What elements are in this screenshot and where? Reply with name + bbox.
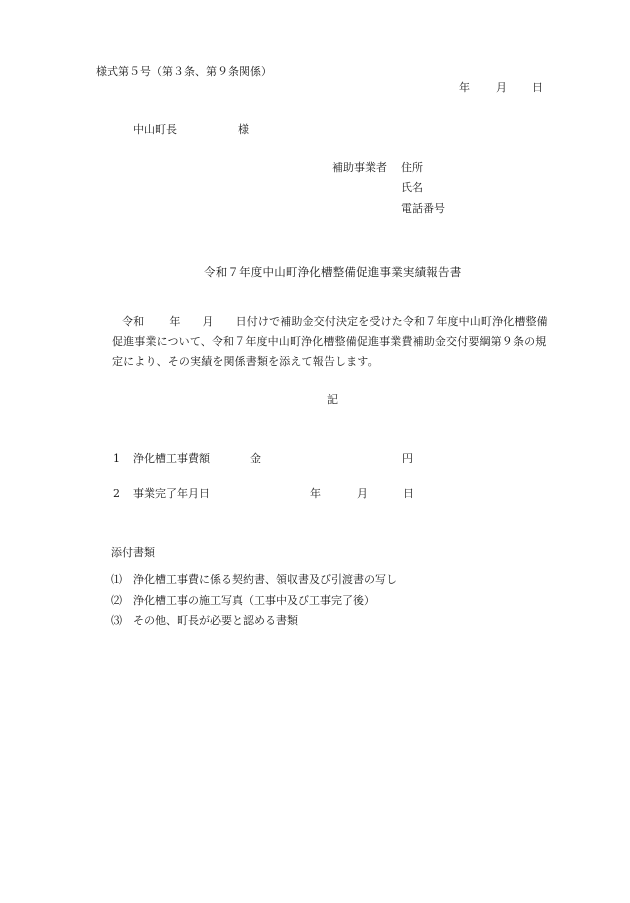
body-line-2: 促進事業について、令和７年度中山町浄化槽整備促進事業費補助金交付要綱第９条の規 xyxy=(112,332,582,352)
amount-prefix: 金 xyxy=(250,452,261,466)
date-day-label: 日 xyxy=(532,81,543,95)
item-label: 浄化槽工事費額 xyxy=(133,452,210,466)
document-title: 令和７年度中山町浄化槽整備促進事業実績報告書 xyxy=(204,265,461,279)
body-era: 令和 xyxy=(122,315,144,328)
item-label: 事業完了年月日 xyxy=(133,487,210,501)
attachment-text: 浄化槽工事費に係る契約書、領収書及び引渡書の写し xyxy=(133,573,397,587)
phone-label: 電話番号 xyxy=(401,202,445,216)
body-year-label: 年 xyxy=(169,315,180,328)
body-paragraph: 令和年月日付けで補助金交付決定を受けた令和７年度中山町浄化槽整備 促進事業につい… xyxy=(112,312,582,372)
date-year-label: 年 xyxy=(459,81,470,95)
body-month-label: 月 xyxy=(202,315,213,328)
attachment-number: ⑵ xyxy=(111,594,122,608)
attachment-text: 浄化槽工事の施工写真（工事中及び工事完了後） xyxy=(133,594,375,608)
form-number: 様式第５号（第３条、第９条関係） xyxy=(96,65,272,79)
applicant-role-label: 補助事業者 xyxy=(332,161,387,175)
addressee-name: 中山町長 xyxy=(133,123,177,137)
address-label: 住所 xyxy=(401,161,423,175)
date-month-label: 月 xyxy=(496,81,507,95)
name-label: 氏名 xyxy=(401,181,423,195)
completion-year-label: 年 xyxy=(310,487,321,501)
item-number: 1 xyxy=(113,452,120,466)
item-number: 2 xyxy=(113,487,120,501)
completion-month-label: 月 xyxy=(357,487,368,501)
addressee-honorific: 様 xyxy=(238,123,249,137)
amount-suffix: 円 xyxy=(402,452,413,466)
ki-marker: 記 xyxy=(327,393,338,407)
completion-day-label: 日 xyxy=(403,487,414,501)
body-line-1-rest: 日付けで補助金交付決定を受けた令和７年度中山町浄化槽整備 xyxy=(236,315,548,328)
attachment-number: ⑶ xyxy=(111,614,122,628)
body-line-3: 定により、その実績を関係書類を添えて報告します。 xyxy=(112,352,582,372)
attachments-heading: 添付書類 xyxy=(111,546,155,560)
attachment-text: その他、町長が必要と認める書類 xyxy=(133,614,298,628)
body-line-1: 令和年月日付けで補助金交付決定を受けた令和７年度中山町浄化槽整備 xyxy=(112,312,582,332)
attachment-number: ⑴ xyxy=(111,573,122,587)
